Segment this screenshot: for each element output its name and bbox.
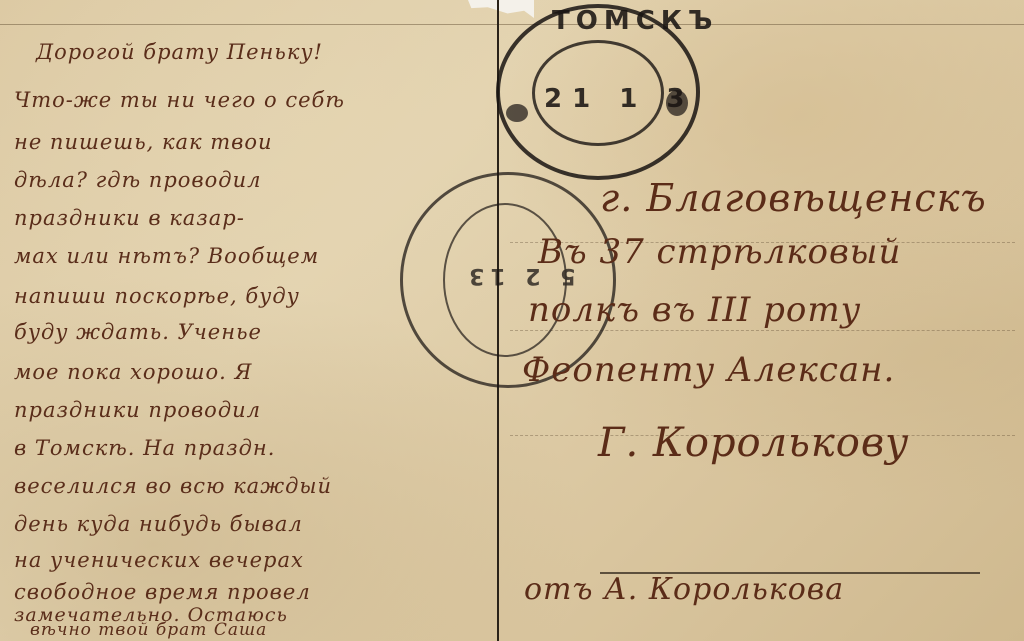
message-line: не пишешь, как твои <box>14 130 273 154</box>
message-line: веселился во всю каждый <box>14 474 332 498</box>
postmark-smudge <box>506 104 528 122</box>
address-recipient-first-name: Феопенту Алексан. <box>522 350 895 390</box>
message-greeting: Дорогой брату Пеньку! <box>36 40 323 64</box>
address-sender: отъ А. Королькова <box>524 572 844 607</box>
message-line: напиши поскорѣе, буду <box>14 284 300 308</box>
message-line: праздники в казар- <box>14 206 245 230</box>
message-line: день куда нибудь бывал <box>14 512 303 536</box>
address-recipient-surname: Г. Королькову <box>598 420 909 466</box>
message-line: Что-же ты ни чего о себѣ <box>14 88 345 112</box>
postmark-smudge <box>666 90 688 116</box>
torn-corner <box>468 0 534 18</box>
address-company: полкъ въ III роту <box>528 290 861 330</box>
message-line: свободное время провел <box>14 580 311 604</box>
message-line: праздники проводил <box>14 398 261 422</box>
postcard: Дорогой брату Пеньку! Что-же ты ни чего … <box>0 0 1024 641</box>
message-line: буду ждать. Ученье <box>14 320 262 344</box>
message-line: на ученических вечерах <box>14 548 304 572</box>
postmark-origin: ТОМСКЪ 21 1 3 <box>496 4 700 180</box>
top-rule <box>0 24 1024 25</box>
message-line: в Томскѣ. На праздн. <box>14 436 275 460</box>
postmark-city: ТОМСКЪ <box>552 6 718 36</box>
message-line: мое пока хорошо. Я <box>14 360 252 384</box>
address-regiment: Въ 37 стрѣлковый <box>538 232 901 272</box>
address-city: г. Благовѣщенскъ <box>600 176 987 220</box>
message-line: мах или нѣтъ? Вообщем <box>14 244 319 268</box>
message-line: дѣла? гдѣ проводил <box>14 168 261 192</box>
message-signature: вѣчно твой брат Саша <box>30 620 267 640</box>
